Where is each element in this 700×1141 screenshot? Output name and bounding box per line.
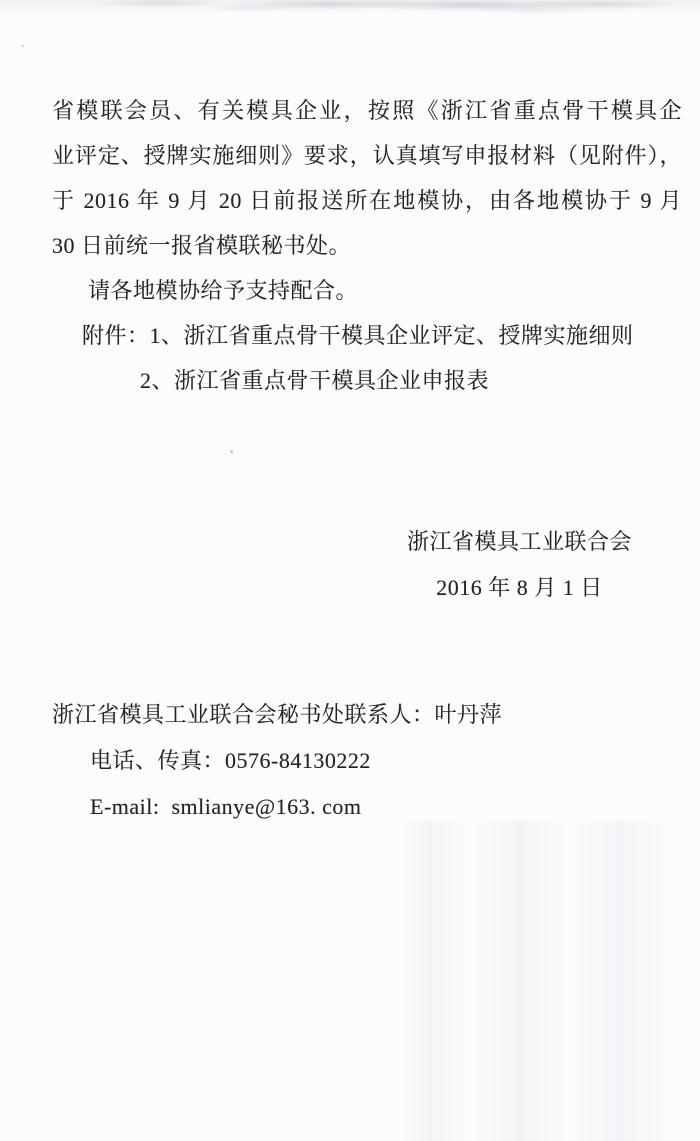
body-line: 30 日前统一报省模联秘书处。 [52, 223, 682, 268]
scan-speck [230, 450, 233, 453]
contact-block: 浙江省模具工业联合会秘书处联系人：叶丹萍 电话、传真：0576-84130222… [52, 692, 502, 830]
attachment-item-1: 附件：1、浙江省重点骨干模具企业评定、授牌实施细则 [52, 313, 682, 358]
signature-date: 2016 年 8 月 1 日 [436, 565, 603, 611]
body-line: 业评定、授牌实施细则》要求，认真填写申报材料（见附件）， [52, 133, 682, 178]
scan-edge-artifact [0, 0, 700, 20]
body-line: 于 2016 年 9 月 20 日前报送所在地模协，由各地模协于 9 月 [52, 178, 682, 223]
attachment-item-2: 2、浙江省重点骨干模具企业申报表 [52, 358, 682, 403]
scanned-letter-page: 省模联会员、有关模具企业，按照《浙江省重点骨干模具企 业评定、授牌实施细则》要求… [0, 0, 700, 1141]
contact-person-line: 浙江省模具工业联合会秘书处联系人：叶丹萍 [52, 692, 502, 738]
signature-organization: 浙江省模具工业联合会 [407, 519, 632, 565]
body-line: 省模联会员、有关模具企业，按照《浙江省重点骨干模具企 [52, 88, 682, 133]
letter-body: 省模联会员、有关模具企业，按照《浙江省重点骨干模具企 业评定、授牌实施细则》要求… [52, 88, 682, 403]
contact-email-line: E-mail: smlianye@163. com [52, 784, 502, 830]
signature-block: 浙江省模具工业联合会 2016 年 8 月 1 日 [407, 519, 632, 611]
scan-streak-artifact [400, 821, 700, 1141]
body-line: 请各地模协给予支持配合。 [52, 268, 682, 313]
contact-phone-line: 电话、传真：0576-84130222 [52, 738, 502, 784]
scan-speck [21, 45, 24, 47]
